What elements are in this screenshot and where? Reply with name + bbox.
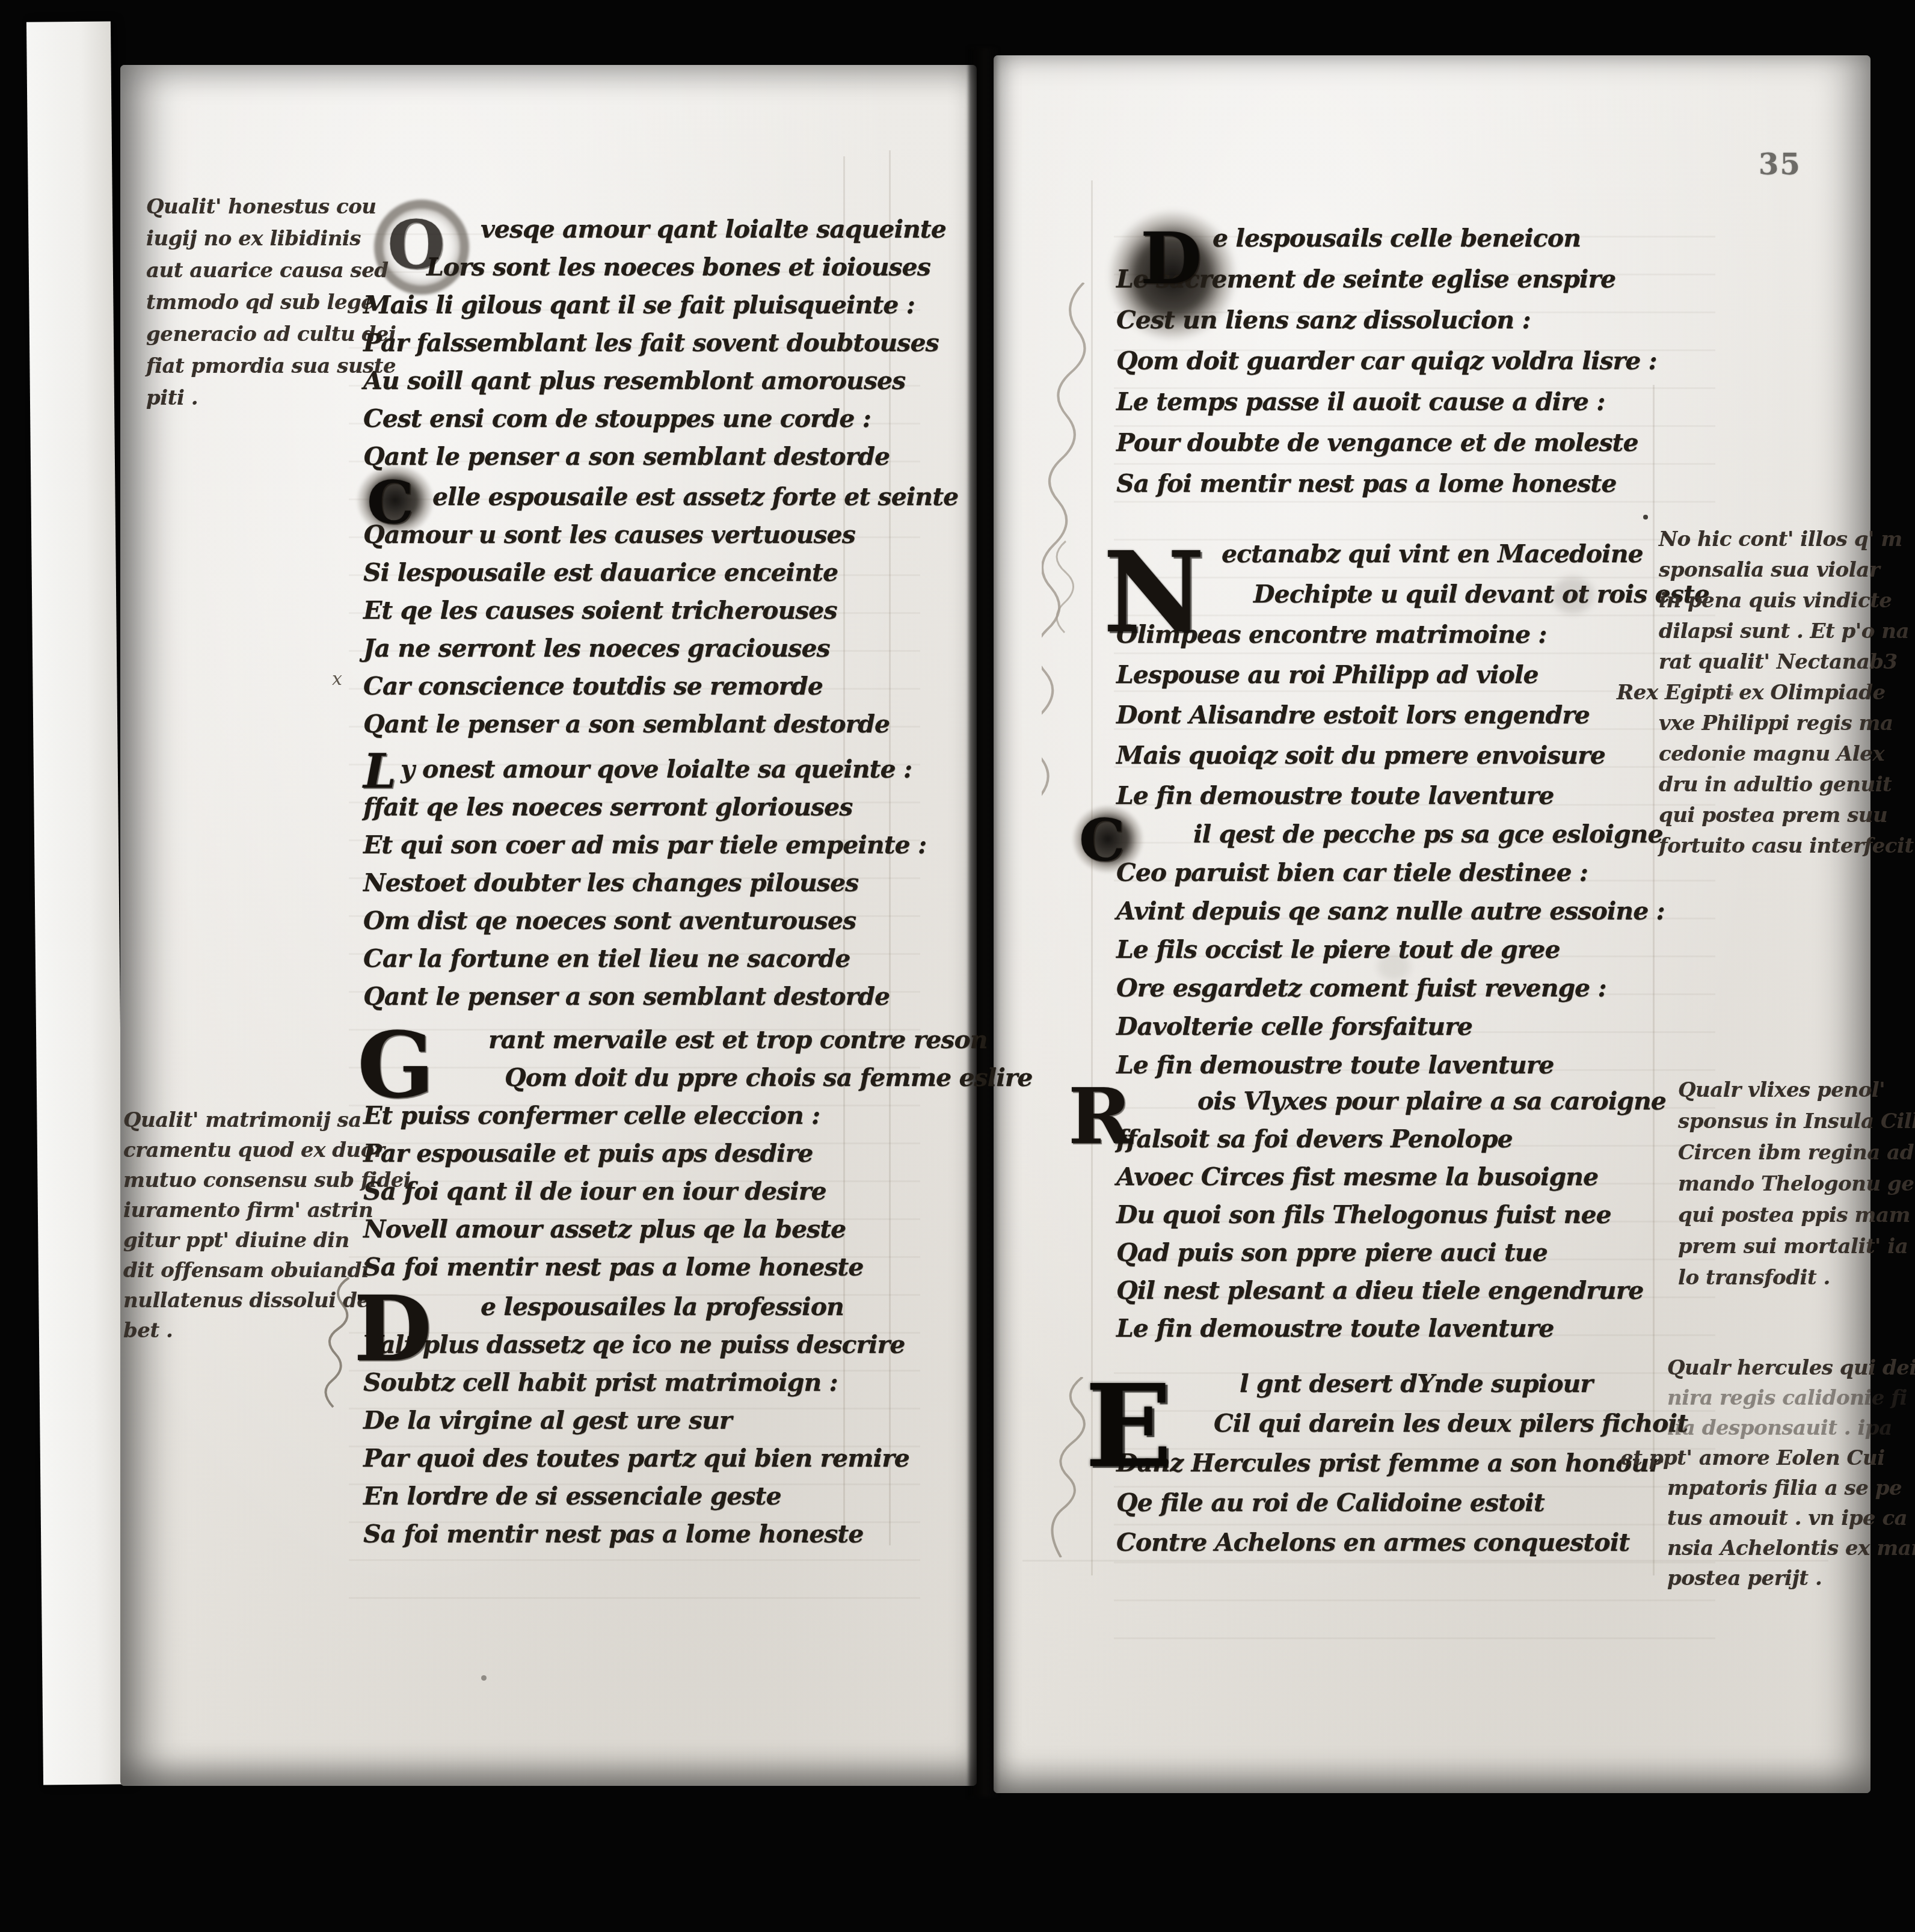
decorated-initial: L — [363, 744, 396, 799]
verse-line: Qamour u sont les causes vertuouses — [363, 516, 953, 554]
verse-line: Om dist qe noeces sont aventurouses — [363, 902, 953, 940]
verse-stanza: C elle espousaile est assetz forte et se… — [363, 478, 953, 743]
verse-stanza: L y onest amour qove loialte sa queinte … — [363, 750, 953, 1016]
verse-stanza: D e lespousailes la professionValt plus … — [363, 1288, 953, 1553]
verse-line: Avoec Circes fist mesme la busoigne — [1116, 1158, 1706, 1196]
verse-line: Contre Achelons en armes conquestoit — [1116, 1523, 1706, 1562]
verse-line: Qant le penser a son semblant destorde — [363, 978, 953, 1016]
verse-line: Qant le penser a son semblant destorde — [363, 705, 953, 743]
verse-line: Par quoi des toutes partz qui bien remir… — [363, 1440, 953, 1477]
verse-line: Avint depuis qe sanz nulle autre essoine… — [1116, 892, 1706, 930]
verse-line: Valt plus dassetz qe ico ne puiss descri… — [363, 1326, 953, 1364]
gloss-line: mutuo consensu sub fidei — [123, 1165, 382, 1195]
verse-line: Car la fortune en tiel lieu ne sacorde — [363, 940, 953, 978]
verse-line: ffait qe les noeces serront gloriouses — [363, 788, 953, 826]
verse-line: Cest un liens sanz dissolucion : — [1116, 299, 1706, 340]
verse-line: Le fin demoustre toute laventure — [1116, 1310, 1706, 1348]
verse-line: Cil qui darein les deux pilers fichoit — [1116, 1403, 1706, 1443]
verse-line: Le fin demoustre toute laventure — [1116, 1046, 1706, 1084]
verse-line: Du quoi son fils Thelogonus fuist nee — [1116, 1196, 1706, 1234]
gloss-line: iuramento firm' astrin — [123, 1195, 382, 1225]
verse-stanza: O vesqe amour qant loialte saqueinteLors… — [363, 210, 953, 476]
gloss-line: mpatoris filia a se pe — [1667, 1473, 1915, 1503]
manuscript-photo: 35 Qualit' honestus couiugij no ex libid… — [0, 0, 1915, 1932]
margin-gloss-latin: Qualr hercules qui deinira regis calidon… — [1667, 1353, 1915, 1593]
verse-line: e lespousails celle beneicon — [1116, 218, 1706, 259]
decorated-initial: N — [1103, 527, 1205, 658]
verse-line: y onest amour qove loialte sa queinte : — [363, 750, 953, 788]
gloss-line: nsia Achelontis ex mart — [1667, 1533, 1915, 1563]
verse-line: vesqe amour qant loialte saqueinte — [363, 210, 953, 248]
ink-speck — [1729, 692, 1733, 696]
gloss-line: cramentu quod ex duor — [123, 1135, 382, 1165]
verse-line: Sa foi mentir nest pas a lome honeste — [363, 1515, 953, 1553]
gloss-line: lo transfodit . — [1678, 1262, 1915, 1293]
verse-line: Cest ensi com de stouppes une corde : — [363, 400, 953, 438]
decorated-initial: D — [1140, 216, 1201, 300]
gloss-line: fortuito casu interfecit . — [1659, 831, 1915, 862]
gloss-line: cedonie magnu Alex — [1659, 739, 1915, 770]
gloss-line: gitur ppt' diuine din — [123, 1225, 382, 1256]
verse-line: Qom doit guarder car quiqz voldra lisre … — [1116, 340, 1706, 381]
gloss-line: prem sui mortalit' ia — [1678, 1231, 1915, 1262]
verse-line: Et puiss confermer celle eleccion : — [363, 1097, 953, 1135]
gloss-line: rat qualit' Nectanab3 — [1659, 647, 1915, 678]
verse-line: Novell amour assetz plus qe la beste — [363, 1210, 953, 1248]
verse-line: En lordre de si essenciale geste — [363, 1477, 953, 1515]
verse-line: Mais li gilous qant il se fait pluisquei… — [363, 286, 953, 324]
verse-line: Si lespousaile est dauarice enceinte — [363, 554, 953, 592]
gloss-line: qui postea ppis mam — [1678, 1200, 1915, 1231]
penwork-flourish — [316, 1275, 358, 1413]
verse-line: ffalsoit sa foi devers Penolope — [1116, 1120, 1706, 1158]
verse-line: Qom doit du ppre chois sa femme eslire — [363, 1059, 953, 1097]
gloss-line: Rex Egipti ex Olimpiade — [1617, 678, 1915, 708]
verse-line: Sa foi qant il de iour en iour desire — [363, 1173, 953, 1210]
verse-stanza: D e lespousails celle beneiconLe sacreme… — [1116, 218, 1706, 504]
gloss-line: mando Thelogonu ge — [1678, 1168, 1915, 1200]
verse-line: Qad puis son ppre piere auci tue — [1116, 1234, 1706, 1272]
gloss-line: postea perijt . — [1667, 1563, 1915, 1593]
verse-line: Le fin demoustre toute laventure — [1116, 776, 1706, 816]
verse-line: Et qe les causes soient tricherouses — [363, 592, 953, 630]
verse-line: l gnt desert dYnde supiour — [1116, 1364, 1706, 1403]
verse-line: Sa foi mentir nest pas a lome honeste — [1116, 463, 1706, 504]
verse-line: Davolterie celle forsfaiture — [1116, 1007, 1706, 1046]
verse-line: Qant le penser a son semblant destorde — [363, 438, 953, 476]
verse-stanza: G rant mervaile est et trop contre reson… — [363, 1021, 953, 1286]
verse-line: rant mervaile est et trop contre reson — [363, 1021, 953, 1059]
margin-gloss-latin: No hic cont' illos q' msponsalia sua vio… — [1659, 524, 1915, 862]
verse-line: e lespousailes la profession — [363, 1288, 953, 1326]
verse-stanza: E l gnt desert dYnde supiourCil qui dare… — [1116, 1364, 1706, 1562]
gloss-line: Circen ibm regina ad — [1678, 1137, 1915, 1168]
gutter-shadow — [968, 48, 998, 1797]
verse-stanza: N ectanabz qui vint en MacedoineDechipte… — [1116, 534, 1706, 816]
gloss-line: in pena quis vindicte — [1659, 586, 1915, 616]
decorated-initial: D — [354, 1276, 431, 1382]
verse-line: De la virgine al gest ure sur — [363, 1402, 953, 1440]
gloss-line: dru in adultio genuit — [1659, 770, 1915, 800]
verse-line: Le temps passe il auoit cause a dire : — [1116, 381, 1706, 422]
flyleaf-edge — [26, 21, 128, 1785]
gloss-line: Qualr hercules qui dei — [1667, 1353, 1915, 1383]
folio-number: 35 — [1759, 148, 1801, 182]
verse-line: Ja ne serront les noeces graciouses — [363, 630, 953, 667]
gloss-line: sponsus in Insula Cilli — [1678, 1106, 1915, 1137]
smudge — [1377, 953, 1410, 980]
verse-line: il qest de pecche ps sa gce esloigne — [1116, 815, 1706, 853]
verse-line: Pour doubte de vengance et de moleste — [1116, 422, 1706, 463]
verse-line: Danz Hercules prist femme a son honour — [1116, 1443, 1706, 1483]
verse-stanza: C il qest de pecche ps sa gce esloigneCe… — [1116, 815, 1706, 1084]
verse-line: Par espousaile et puis aps desdire — [363, 1135, 953, 1173]
verse-line: Nestoet doubter les changes pilouses — [363, 864, 953, 902]
verse-line: Sa foi mentir nest pas a lome honeste — [363, 1248, 953, 1286]
verse-line: Ceo paruist bien car tiele destinee : — [1116, 853, 1706, 892]
decorated-initial: C — [367, 468, 413, 538]
ink-speck — [1643, 515, 1648, 520]
decorated-initial: R — [1068, 1072, 1131, 1162]
penwork-flourish — [1042, 283, 1108, 848]
gloss-line: dilapsi sunt . Et p'o na — [1659, 616, 1915, 647]
verse-line: Soubtz cell habit prist matrimoign : — [363, 1364, 953, 1402]
gloss-line: nira regis calidonie fi — [1667, 1383, 1915, 1413]
decorated-initial: C — [1079, 806, 1124, 874]
gloss-line: vxe Philippi regis ma — [1659, 708, 1915, 739]
gloss-line: No hic cont' illos q' m — [1659, 524, 1915, 555]
smudge — [1552, 577, 1594, 613]
decorated-initial: E — [1085, 1359, 1172, 1493]
gloss-line: lia desponsauit . ipa — [1667, 1413, 1915, 1443]
verse-line: Par falssemblant les fait sovent doubtou… — [363, 324, 953, 362]
gloss-line: Qualit' matrimonij sa — [123, 1105, 382, 1135]
verse-line: Et qui son coer ad mis par tiele empeint… — [363, 826, 953, 864]
verse-line: elle espousaile est assetz forte et sein… — [363, 478, 953, 516]
pen-mark: x — [332, 669, 342, 690]
gloss-line: tus amouit . vn ipe ca — [1667, 1503, 1915, 1533]
gloss-line: et ppt' amore Eolen Cui — [1620, 1443, 1915, 1473]
verse-line: Ore esgardetz coment fuist revenge : — [1116, 969, 1706, 1007]
verse-line: Lors sont les noeces bones et ioiouses — [363, 248, 953, 286]
gloss-line: Qualr vlixes penol' — [1678, 1075, 1915, 1106]
verse-line: Qil nest plesant a dieu tiele engendrure — [1116, 1272, 1706, 1310]
decorated-initial: G — [357, 1013, 434, 1118]
verse-line: ois Vlyxes pour plaire a sa caroigne — [1116, 1082, 1706, 1120]
verse-line: Mais quoiqz soit du pmere envoisure — [1116, 735, 1706, 776]
verse-stanza: R ois Vlyxes pour plaire a sa caroigneff… — [1116, 1082, 1706, 1348]
margin-gloss-latin: Qualr vlixes penol'sponsus in Insula Cil… — [1678, 1075, 1915, 1293]
verse-line: Le sacrement de seinte eglise enspire — [1116, 259, 1706, 299]
verse-line: Car conscience toutdis se remorde — [363, 667, 953, 705]
verse-line: Au soill qant plus resemblont amorouses — [363, 362, 953, 400]
verse-line: Le fils occist le piere tout de gree — [1116, 930, 1706, 969]
verse-line: Qe file au roi de Calidoine estoit — [1116, 1483, 1706, 1523]
gloss-line: qui postea prem suu — [1659, 800, 1915, 831]
decorated-initial: O — [387, 206, 444, 283]
gloss-line: sponsalia sua violar — [1659, 555, 1915, 586]
ink-speck — [481, 1675, 487, 1681]
